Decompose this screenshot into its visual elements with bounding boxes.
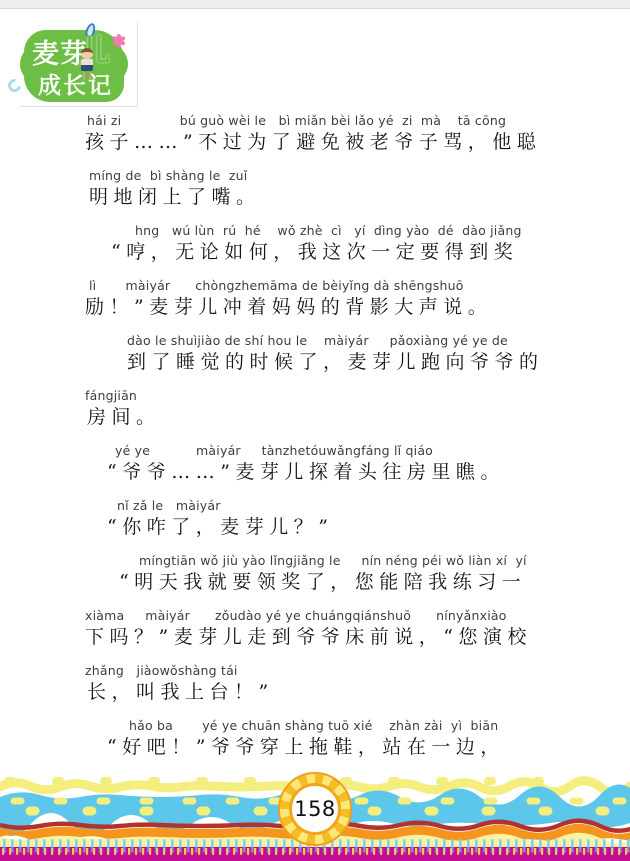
pinyin-line: míngtiān wǒ jiù yào lǐngjiǎng le nín nén… bbox=[85, 552, 590, 569]
pinyin-line: lì màiyár chòngzhemāma de bèiyǐng dà shē… bbox=[85, 277, 590, 294]
text-line: nǐ zǎ le màiyár “你咋了，麦芽儿？” bbox=[85, 497, 590, 541]
hanzi-line: “爷爷……”麦芽儿探着头往房里瞧。 bbox=[85, 459, 590, 486]
hanzi-line: 励！”麦芽儿冲着妈妈的背影大声说。 bbox=[85, 294, 590, 321]
girl-illustration bbox=[80, 48, 94, 82]
text-line: míng de bì shàng le zuǐ 明地闭上了嘴。 bbox=[85, 167, 590, 211]
top-edge-strip bbox=[0, 0, 630, 9]
hanzi-line: 长，叫我上台！” bbox=[85, 679, 590, 706]
page-number-circle: 158 bbox=[289, 783, 341, 835]
pinyin-line: míng de bì shàng le zuǐ bbox=[85, 167, 590, 184]
text-line: hái zi bú guò wèi le bì miǎn bèi lǎo yé … bbox=[85, 112, 590, 156]
page-number-badge: 158 bbox=[278, 772, 352, 846]
pinyin-line: hng wú lùn rú hé wǒ zhè cì yí dìng yào d… bbox=[85, 222, 590, 239]
pinyin-line: hái zi bú guò wèi le bì miǎn bèi lǎo yé … bbox=[85, 112, 590, 129]
book-page: 麦芽 儿 ✽ 成长记 hái zi bú guò wèi le bì miǎn … bbox=[0, 0, 630, 861]
page-number: 158 bbox=[294, 797, 336, 821]
pinyin-line: zhǎng jiàowǒshàng tái bbox=[85, 662, 590, 679]
text-line: lì màiyár chòngzhemāma de bèiyǐng dà shē… bbox=[85, 277, 590, 321]
girl-legs bbox=[83, 72, 91, 80]
text-line: dào le shuìjiào de shí hou le màiyár pǎo… bbox=[85, 332, 590, 376]
flower-icon: ✽ bbox=[112, 32, 126, 52]
pinyin-line: yé ye màiyár tànzhetóuwǎngfáng lǐ qiáo bbox=[85, 442, 590, 459]
hanzi-line: 到了睡觉的时候了，麦芽儿跑向爷爷的 bbox=[85, 349, 590, 376]
pinyin-line: nǐ zǎ le màiyár bbox=[85, 497, 590, 514]
hanzi-line: “好吧！”爷爷穿上拖鞋，站在一边， bbox=[85, 734, 590, 761]
text-line: hǎo ba yé ye chuān shàng tuō xié zhàn zà… bbox=[85, 717, 590, 761]
story-text: hái zi bú guò wèi le bì miǎn bèi lǎo yé … bbox=[85, 112, 590, 772]
text-line: zhǎng jiàowǒshàng tái 长，叫我上台！” bbox=[85, 662, 590, 706]
curl-icon bbox=[5, 76, 23, 94]
text-line: míngtiān wǒ jiù yào lǐngjiǎng le nín nén… bbox=[85, 552, 590, 596]
hanzi-line: “你咋了，麦芽儿？” bbox=[85, 514, 590, 541]
girl-head bbox=[81, 48, 93, 59]
hanzi-line: 孩子……”不过为了避免被老爷子骂，他聪 bbox=[85, 129, 590, 156]
hanzi-line: 明地闭上了嘴。 bbox=[85, 184, 590, 211]
hanzi-line: “明天我就要领奖了，您能陪我练习一 bbox=[85, 569, 590, 596]
text-line: yé ye màiyár tànzhetóuwǎngfáng lǐ qiáo “… bbox=[85, 442, 590, 486]
text-line: xiàma màiyár zǒudào yé ye chuángqiánshuō… bbox=[85, 607, 590, 651]
pinyin-line: hǎo ba yé ye chuān shàng tuō xié zhàn zà… bbox=[85, 717, 590, 734]
hanzi-line: 房间。 bbox=[85, 404, 590, 431]
book-logo: 麦芽 儿 ✽ 成长记 bbox=[20, 22, 138, 107]
pinyin-line: dào le shuìjiào de shí hou le màiyár pǎo… bbox=[85, 332, 590, 349]
logo-blob: 麦芽 儿 ✽ 成长记 bbox=[24, 30, 124, 102]
logo-title-bottom: 成长记 bbox=[38, 67, 113, 100]
text-line: fángjiān 房间。 bbox=[85, 387, 590, 431]
hanzi-line: “哼，无论如何，我这次一定要得到奖 bbox=[85, 239, 590, 266]
hanzi-line: 下吗？”麦芽儿走到爷爷床前说，“您演校 bbox=[85, 624, 590, 651]
text-line: hng wú lùn rú hé wǒ zhè cì yí dìng yào d… bbox=[85, 222, 590, 266]
pinyin-line: fángjiān bbox=[85, 387, 590, 404]
girl-body bbox=[81, 59, 93, 71]
pinyin-line: xiàma màiyár zǒudào yé ye chuángqiánshuō… bbox=[85, 607, 590, 624]
